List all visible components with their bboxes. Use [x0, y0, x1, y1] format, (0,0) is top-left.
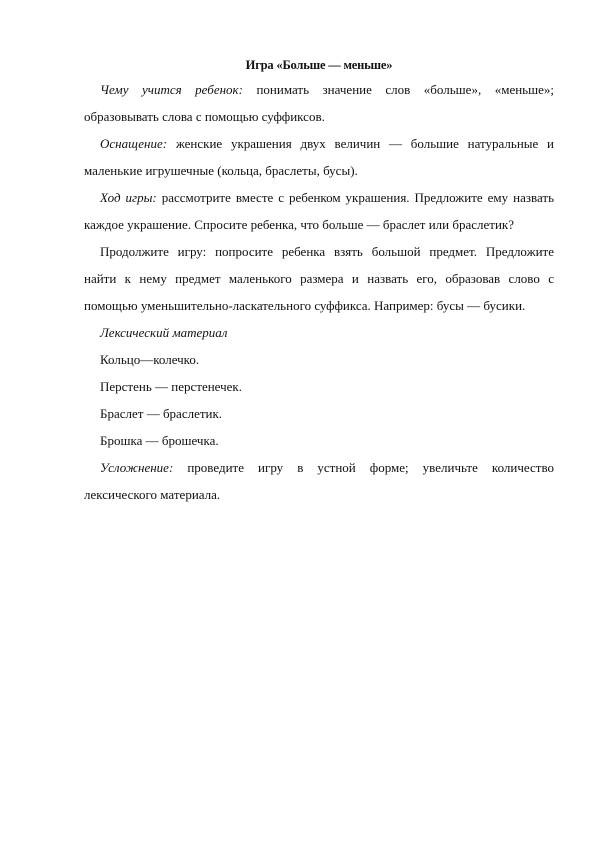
- lexical-item: Браслет — браслетик.: [84, 400, 554, 427]
- paragraph-line: Чему учится ребенок: понимать значение с…: [84, 76, 554, 103]
- paragraph-line: найти к нему предмет маленького размера …: [84, 265, 554, 292]
- paragraph-game-course: Ход игры: рассмотрите вместе с ребенком …: [84, 184, 554, 238]
- lexical-item: Кольцо—колечко.: [84, 346, 554, 373]
- paragraph-line: Ход игры: рассмотрите вместе с ребенком …: [84, 184, 554, 211]
- paragraph-line: каждое украшение. Спросите ребенка, что …: [84, 211, 554, 238]
- lexical-item: Брошка — брошечка.: [84, 427, 554, 454]
- paragraph-line: маленькие игрушечные (кольца, браслеты, …: [84, 157, 554, 184]
- document-title: Игра «Больше — меньше»: [84, 57, 554, 73]
- paragraph-complication: Усложнение: проведите игру в устной форм…: [84, 454, 554, 508]
- paragraph-label: Чему учится ребенок:: [100, 82, 243, 97]
- paragraph-label: Оснащение:: [100, 136, 167, 151]
- paragraph-goal: Чему учится ребенок: понимать значение с…: [84, 76, 554, 130]
- paragraph-line: Продолжите игру: попросите ребенка взять…: [84, 238, 554, 265]
- lexical-material: Лексический материал Кольцо—колечко. Пер…: [84, 319, 554, 454]
- paragraph-label: Ход игры:: [100, 190, 157, 205]
- paragraph-label: Усложнение:: [100, 460, 173, 475]
- paragraph-line: Оснащение: женские украшения двух величи…: [84, 130, 554, 157]
- paragraph-line: лексического материала.: [84, 481, 554, 508]
- paragraph-line: Усложнение: проведите игру в устной форм…: [84, 454, 554, 481]
- paragraph-line: образовывать слова с помощью суффиксов.: [84, 103, 554, 130]
- lexical-item: Перстень — перстенечек.: [84, 373, 554, 400]
- lexical-heading: Лексический материал: [84, 319, 554, 346]
- paragraph-equipment: Оснащение: женские украшения двух величи…: [84, 130, 554, 184]
- paragraph-line: помощью уменьшительно-ласкательного суфф…: [84, 292, 554, 319]
- paragraph-continue: Продолжите игру: попросите ребенка взять…: [84, 238, 554, 319]
